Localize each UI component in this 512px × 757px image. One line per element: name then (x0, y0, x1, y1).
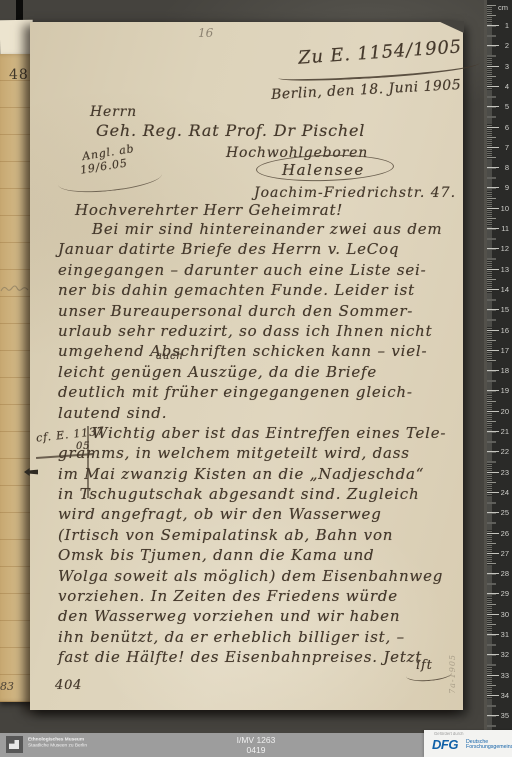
handwritten-line: unser Bureaupersonal durch den Sommer- (58, 302, 460, 322)
archival-scan-photo: 48 83 16 Zu E. 1154/1905 Berlin, den 18.… (0, 0, 512, 757)
handwritten-line: leicht genügen Auszüge, da die Briefe (58, 363, 460, 383)
margin-vertical-rule (87, 426, 89, 498)
illegible-pencil-fragment (0, 282, 30, 296)
handwritten-line: wird angefragt, ob wir den Wasserweg (58, 505, 460, 525)
recipient-salutation: Herrn (90, 104, 137, 120)
ledger-page-number: 48 (9, 67, 29, 83)
interlinear-insertion: auch (156, 351, 184, 362)
edge-page-number: 83 (0, 680, 14, 693)
letter-page: 16 Zu E. 1154/1905 Berlin, den 18. Juni … (30, 22, 463, 710)
edge-vertical-pencil-note: 7a-1905 (448, 654, 457, 694)
handwritten-line: deutlich mit früher eingegangenen gleich… (58, 383, 460, 403)
handwritten-line: Wolga soweit als möglich) dem Eisenbahnw… (58, 567, 460, 587)
dfg-name-line2: Forschungsgemeinschaft (466, 744, 512, 749)
handwritten-line: umgehend Abschriften schicken kann – vie… (58, 342, 460, 362)
pencil-folio-number: 16 (198, 26, 213, 40)
dfg-full-name: Deutsche Forschungsgemeinschaft (466, 739, 512, 750)
handwritten-line: eingegangen – darunter auch eine Liste s… (58, 261, 460, 281)
dfg-logo: DFG (432, 737, 458, 752)
dateline: Berlin, den 18. Juni 1905 (271, 77, 462, 103)
handwritten-line: urlaub sehr reduzirt, so dass ich Ihnen … (58, 322, 460, 342)
bottom-page-number: 404 (55, 678, 82, 693)
underlying-page-sliver (0, 20, 33, 59)
recipient-street: Joachim-Friedrichstr. 47. (254, 185, 456, 201)
ruler-unit-label: cm (498, 3, 508, 12)
handwritten-line: lautend sind. (58, 404, 460, 424)
recipient-name: Geh. Reg. Rat Prof. Dr Pischel (96, 121, 365, 140)
handwritten-line: Omsk bis Tjumen, dann die Kama und (58, 546, 460, 566)
handwritten-line: gramms, in welchem mitgeteilt wird, dass (58, 444, 460, 464)
recipient-place: Halensee (282, 161, 365, 179)
funding-prefix: Gefördert durch (434, 732, 463, 736)
archive-info-bar: Ethnologisches Museum Staatliche Museen … (0, 733, 512, 757)
handwritten-line: Januar datirte Briefe des Herrn v. LeCoq (58, 240, 460, 260)
handwritten-line: ihn benützt, da er erheblich billiger is… (58, 628, 460, 648)
handwritten-line: im Mai zwanzig Kisten an die „Nadjeschda… (58, 465, 460, 485)
received-note-flourish (57, 163, 163, 197)
dfg-funding-box: Gefördert durch DFG Deutsche Forschungsg… (424, 730, 512, 757)
handwritten-line: den Wasserweg vorziehen und wir haben (58, 607, 460, 627)
ruler-halfcm-ticks (487, 5, 496, 757)
handwritten-line: (Irtisch von Semipalatinsk ab, Bahn von (58, 526, 460, 546)
handwritten-line: vorziehen. In Zeiten des Friedens würde (58, 587, 460, 607)
handwritten-line: ner bis dahin gemachten Funde. Leider is… (58, 281, 460, 301)
cm-ruler: cm 1234567891011121314151617181920212223… (484, 0, 512, 757)
handwritten-line: Bei mir sind hintereinander zwei aus dem (58, 220, 460, 240)
handwritten-line: in Tschugutschak abgesandt sind. Zugleic… (58, 485, 460, 505)
handwritten-line: fast die Hälfte! des Eisenbahnpreises. J… (58, 648, 460, 668)
letter-body: Bei mir sind hintereinander zwei aus dem… (58, 220, 460, 669)
letter-greeting: Hochverehrter Herr Geheimrat! (75, 201, 343, 219)
handwritten-line: Wichtig aber ist das Eintreffen eines Te… (58, 424, 460, 444)
page-corner-tear (438, 21, 464, 33)
